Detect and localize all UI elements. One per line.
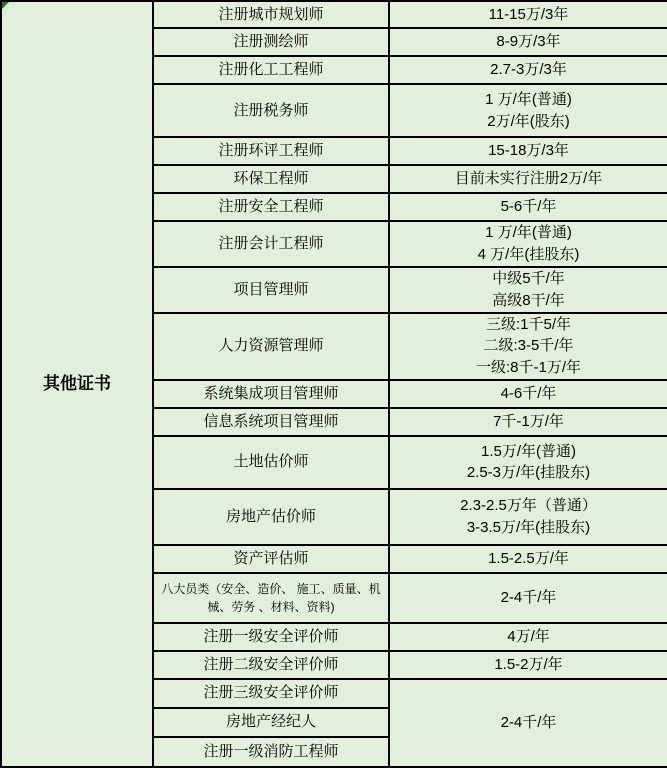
value-cell: 2.7-3万/3年 bbox=[389, 56, 667, 84]
value-cell: 1.5-2.5万/年 bbox=[389, 545, 667, 573]
certificate-name-cell: 土地估价师 bbox=[153, 436, 389, 489]
value-cell: 1.5-2万/年 bbox=[389, 651, 667, 679]
certificate-name-cell: 注册化工工程师 bbox=[153, 56, 389, 84]
certificate-name-cell: 注册会计工程师 bbox=[153, 221, 389, 267]
value-cell: 8-9万/3年 bbox=[389, 28, 667, 56]
value-cell: 1.5万/年(普通) 2.5-3万/年(挂股东) bbox=[389, 436, 667, 489]
merged-value-cell: 2-4千/年 bbox=[389, 679, 667, 767]
category-cell: 其他证书 bbox=[1, 1, 153, 767]
certificate-rate-table-page: 其他证书注册城市规划师11-15万/3年注册测绘师8-9万/3年注册化工工程师2… bbox=[0, 0, 667, 766]
value-cell: 11-15万/3年 bbox=[389, 1, 667, 28]
table-row: 其他证书注册城市规划师11-15万/3年 bbox=[1, 1, 667, 28]
certificate-name-cell: 注册一级安全评价师 bbox=[153, 623, 389, 651]
certificate-name-cell: 资产评估师 bbox=[153, 545, 389, 573]
certificate-rate-table: 其他证书注册城市规划师11-15万/3年注册测绘师8-9万/3年注册化工工程师2… bbox=[0, 0, 667, 768]
value-cell: 15-18万/3年 bbox=[389, 137, 667, 165]
certificate-name-cell: 系统集成项目管理师 bbox=[153, 380, 389, 408]
value-cell: 4-6千/年 bbox=[389, 380, 667, 408]
value-cell: 中级5千/年 高级8干/年 bbox=[389, 267, 667, 313]
certificate-name-cell: 注册城市规划师 bbox=[153, 1, 389, 28]
value-cell: 1 万/年(普通) 4 万/年(挂股东) bbox=[389, 221, 667, 267]
certificate-name-cell: 人力资源管理师 bbox=[153, 313, 389, 380]
certificate-name-cell: 环保工程师 bbox=[153, 165, 389, 193]
value-cell: 1 万/年(普通) 2万/年(股东) bbox=[389, 84, 667, 137]
value-cell: 目前未实行注册2万/年 bbox=[389, 165, 667, 193]
certificate-name-cell: 房地产经纪人 bbox=[153, 708, 389, 737]
certificate-name-cell: 注册测绘师 bbox=[153, 28, 389, 56]
certificate-name-cell: 注册税务师 bbox=[153, 84, 389, 137]
value-cell: 2-4千/年 bbox=[389, 573, 667, 623]
value-cell: 4万/年 bbox=[389, 623, 667, 651]
certificate-name-cell: 注册一级消防工程师 bbox=[153, 737, 389, 767]
certificate-name-cell: 注册三级安全评价师 bbox=[153, 679, 389, 708]
certificate-name-cell: 注册二级安全评价师 bbox=[153, 651, 389, 679]
certificate-name-cell: 八大员类（安全、造价、 施工、质量、机械、劳务 、材料、资料) bbox=[153, 573, 389, 623]
value-cell: 7千-1万/年 bbox=[389, 408, 667, 436]
value-cell: 5-6千/年 bbox=[389, 193, 667, 221]
value-cell: 2.3-2.5万年（普通） 3-3.5万/年(挂股东) bbox=[389, 489, 667, 545]
table-body: 其他证书注册城市规划师11-15万/3年注册测绘师8-9万/3年注册化工工程师2… bbox=[1, 1, 667, 767]
certificate-name-cell: 注册安全工程师 bbox=[153, 193, 389, 221]
certificate-name-cell: 信息系统项目管理师 bbox=[153, 408, 389, 436]
value-cell: 三级:1千5/年 二级:3-5千/年 一级:8千-1万/年 bbox=[389, 313, 667, 380]
certificate-name-cell: 房地产估价师 bbox=[153, 489, 389, 545]
certificate-name-cell: 注册环评工程师 bbox=[153, 137, 389, 165]
green-triangle-icon bbox=[2, 2, 9, 9]
certificate-name-cell: 项目管理师 bbox=[153, 267, 389, 313]
